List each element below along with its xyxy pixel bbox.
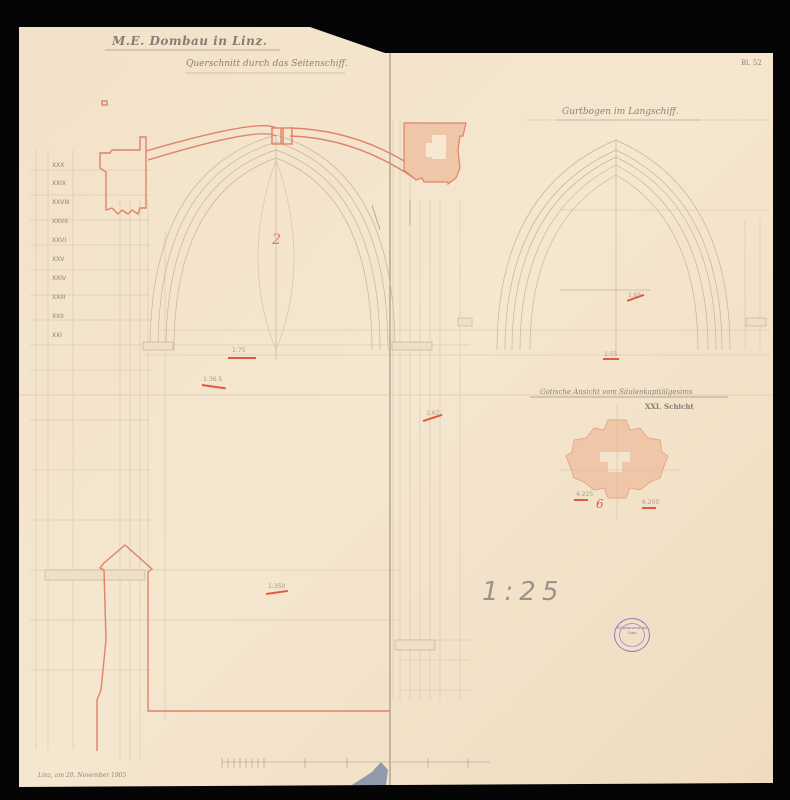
red-dim-label: 6.200 <box>642 499 659 506</box>
red-dim-label: 1:55 <box>604 351 617 358</box>
red-figure-number: 2 <box>271 232 281 248</box>
dim-label: XXVII <box>52 218 68 225</box>
plan-detail-label: XXI. Schicht <box>645 402 694 411</box>
red-underline <box>574 499 588 501</box>
dim-label: XXX <box>52 162 64 169</box>
red-dim-label: 1:350 <box>268 583 285 590</box>
drawing-title: M.E. Dombau in Linz. <box>112 34 267 48</box>
red-dim-label: 4.225 <box>576 491 593 498</box>
archive-stamp: Dombauverein Linz <box>614 618 650 652</box>
red-underline <box>228 357 256 359</box>
red-section-abutment <box>404 123 466 184</box>
stamp-inner-ring <box>619 623 645 647</box>
scale-notation: 1:25 <box>482 577 564 607</box>
dim-label: XXV <box>52 256 64 263</box>
architectural-drawing: 2 6 <box>0 0 790 800</box>
dim-label: XXVIII <box>52 199 70 206</box>
red-detail-mark: 6 <box>596 497 604 511</box>
drawing-subtitle: Querschnitt durch das Seitenschiff. <box>186 59 348 69</box>
red-dim-label: 1:36.5 <box>203 376 222 383</box>
dim-label: XXIX <box>52 180 66 187</box>
dim-label: XXI <box>52 332 62 339</box>
dim-label: XXVI <box>52 237 66 244</box>
plan-section-title: Gotische Ansicht vom Säulenkapitälgesims <box>540 388 693 396</box>
sheet-number: Bl. 52 <box>741 59 762 67</box>
right-section-title: Gurtbogen im Langschiff. <box>562 107 679 117</box>
red-underline <box>603 358 619 360</box>
dim-label: XXII <box>52 313 64 320</box>
drawing-sheet: 2 6 <box>0 0 790 800</box>
dim-label: XXIV <box>52 275 66 282</box>
red-dim-label: 1:75 <box>232 347 245 354</box>
dim-label: XXIII <box>52 294 66 301</box>
signature-date: Linz, am 20. November 1905 <box>38 772 126 779</box>
red-underline <box>642 507 656 509</box>
